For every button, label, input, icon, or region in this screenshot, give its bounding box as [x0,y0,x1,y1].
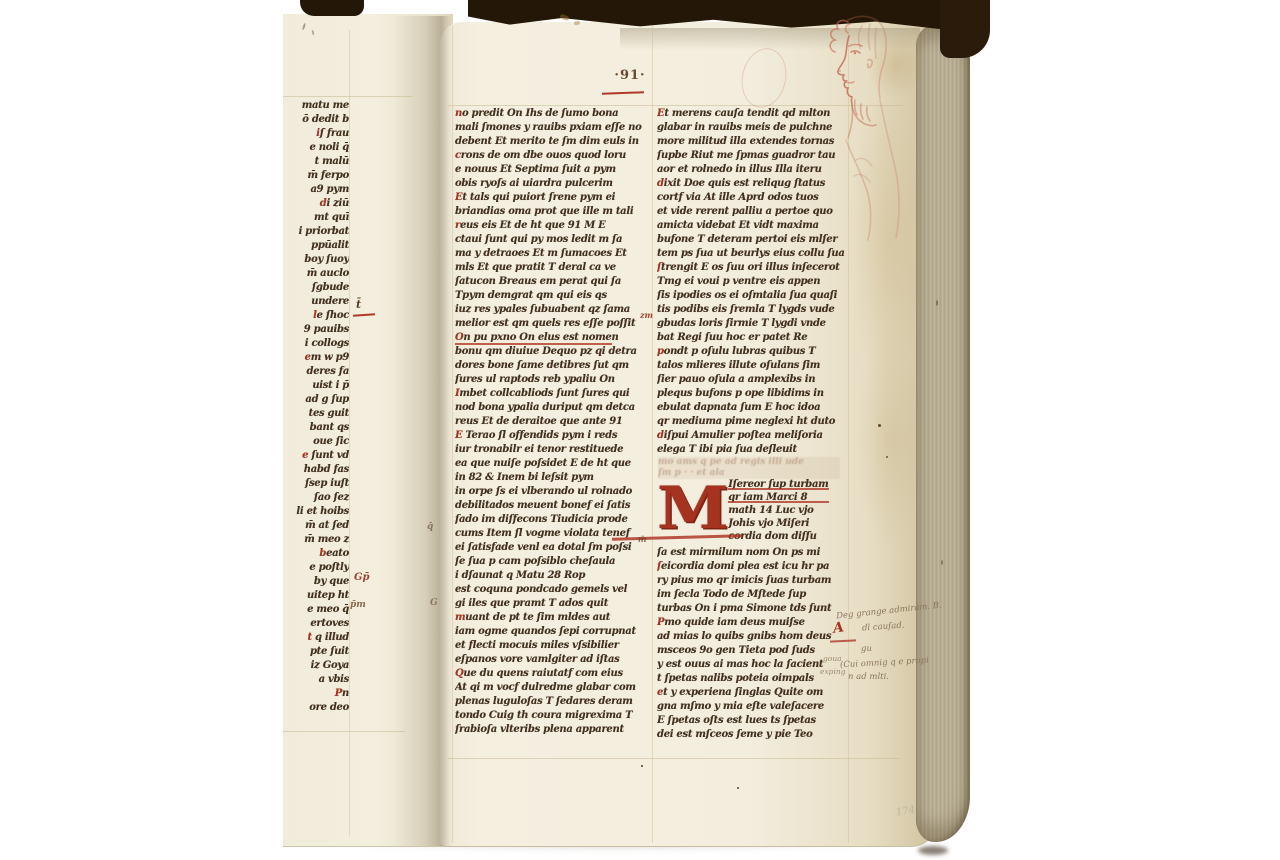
manuscript-photo: ·91· matu meō dedit b̄iſ fraue noli q̄t … [0,0,1280,860]
initial-text-block: M Iſereor ſup turbamqr iam Marci 8math 1… [657,478,848,543]
manuscript-line: ſe ſua p cam poſsiblo cheſaula [455,556,642,570]
manuscript-line: e meo q̄ [283,604,349,618]
fore-edge-page-stack [916,26,970,842]
manuscript-line: E Terao ſl offendids pym i reds [455,430,642,444]
decorated-initial-M: M [657,478,729,538]
fold-mark-g: G [430,598,438,608]
manuscript-line: habd fas [283,464,349,478]
manuscript-line: ebulat dapnata ſum E hoc idoa [657,402,849,416]
manuscript-line: e nouus Et Septima ſuit a pym [455,164,642,178]
manuscript-line: ſgbude [283,282,349,296]
manuscript-line: ō dedit b̄ [283,114,349,128]
manuscript-line: On pu pxno On elus est nomen [455,332,642,346]
manuscript-line: Tpym demgrat qm qui eis qs [455,290,642,304]
manuscript-line: briandias oma prot que ille m tali [455,206,642,220]
manuscript-line: ſado im diſfecons Tiudicia prode [455,514,642,528]
manuscript-line: in 82 & Inem bi leſsit pym [455,472,642,486]
margin-mark-gp: Gp̄ [354,572,370,583]
annotation-line-4: n ad mlti. [848,672,889,682]
manuscript-line: qr iam Marci 8 [728,491,848,504]
manuscript-line: no predit On Ihs de ſumo bona [455,108,642,122]
manuscript-line: turbas On i pma Simone tds ſunt [657,603,849,617]
manuscript-line: li et hoibs [283,506,349,520]
manuscript-line: oue ſic [283,436,349,450]
intercolumn-mark-1: zm [640,310,653,320]
manuscript-line: talos mlieres illute oſulans ſim [657,360,849,374]
manuscript-line: Que du quens raiutatf com eius [455,668,642,682]
manuscript-line: math 14 Luc vjo [728,504,848,517]
text-column-1: no predit On Ihs de ſumo bonamali ſmones… [455,108,642,738]
margin-paraph-red: A [832,619,845,636]
manuscript-line: Iſereor ſup turbam [728,478,848,491]
manuscript-line: t malū [283,156,349,170]
manuscript-line: plenas luguloſas T ſedares deram [455,696,642,710]
profile-face-sketch [818,10,918,245]
manuscript-line: bat Regi ſuu hoc er patet Re [657,332,849,346]
manuscript-line: i collogs [283,338,349,352]
manuscript-line: gi iles que pramt T ados quit [455,598,642,612]
manuscript-line: nod bona ypalia duriput qm detca [455,402,642,416]
manuscript-line: ad mias lo quibs gnibs hom deus [657,631,849,645]
manuscript-line: dores bone ſame detibres ſut qm [455,360,642,374]
manuscript-line: m̄ ferpo [283,170,349,184]
manuscript-line: matu me [283,100,349,114]
annotation-side-2: exping [820,667,846,676]
manuscript-line: tis podibs eis ſremla T lygds vude [657,304,849,318]
binding-top-left-fragment [300,0,364,16]
annotation-gu: gu [861,644,872,654]
binding-top-right-corner [940,0,990,58]
manuscript-line: tes guit [283,408,349,422]
manuscript-line: E ſpetas oſts est lues ts ſpetas [657,715,849,729]
manuscript-line: ertoves [283,618,349,632]
manuscript-line: ſrabioſa vlteribs plena apparent [455,724,642,738]
manuscript-line: Et tals qui puiort ſrene pym ei [455,192,642,206]
manuscript-line: iſ frau [283,128,349,142]
manuscript-line: ſao ſez [283,492,349,506]
manuscript-line: m̄ meo z [283,534,349,548]
manuscript-line: e noli q̄ [283,142,349,156]
manuscript-line: ea que nuiſe poſsidet E de ht que [455,458,642,472]
manuscript-line: gbudas loris ſirmie T lygdi vnde [657,318,849,332]
manuscript-line: boy ſuoy [283,254,349,268]
manuscript-line: iur tronabilr ei tenor restituede [455,444,642,458]
face-sketch-svg [818,10,918,245]
manuscript-line: debilitados meuent bonef ei ſatis [455,500,642,514]
text-column-left-page: matu meō dedit b̄iſ fraue noli q̄t malūm… [283,100,349,716]
manuscript-line: ore deo [283,702,349,716]
manuscript-line: dei est mſceos ſeme y pie Teo [657,729,849,743]
manuscript-line: ctaui ſunt qui py mos ledit m ſa [455,234,642,248]
manuscript-line: ei ſatisfade venl ea dotal ſm poſsi [455,542,642,556]
manuscript-line: iam ogme quandos ſepi corrupnat [455,626,642,640]
manuscript-line: eſpanos vore vamlgiter ad iſtas [455,654,642,668]
page-number: ·91· [600,68,660,83]
manuscript-line: et flecti mocuis miles vſsibilier [455,640,642,654]
manuscript-line: est coquna pondcado gemels vel [455,584,642,598]
manuscript-line: Imbet collcabliods ſunt ſures qui [455,388,642,402]
manuscript-line: mt quī [283,212,349,226]
manuscript-line: pondt p oſulu lubras quibus T [657,346,849,360]
manuscript-line: Johis vjo Miſeri [728,517,848,530]
manuscript-line: msceos 9o gen Tieta pod ſuds [657,645,849,659]
manuscript-line: beato [283,548,349,562]
manuscript-line: by que [283,576,349,590]
manuscript-line: ſatucon Breaus em perat qui ſa [455,276,642,290]
annotation-side-1: goua [823,654,842,663]
manuscript-line: uitep ht [283,590,349,604]
manuscript-line: qr mediuma pime neglexi ht duto [657,416,849,430]
manuscript-line: i dſaunat q Matu 28 Rop [455,570,642,584]
manuscript-line: m̄ at ſed [283,520,349,534]
manuscript-line: melior est qm quels res eſſe poſſit [455,318,642,332]
intercolumn-mark-2: m̄ [638,534,646,544]
manuscript-line: reus eis Et de ht que 91 M E [455,220,642,234]
manuscript-line: ſier pauo oſula a amplexibs in [657,374,849,388]
manuscript-line: mali ſmones y rauibs pxiam eſſe no [455,122,642,136]
manuscript-line: ſa est mirmilum nom On ps mi [657,547,849,561]
manuscript-line: debent Et merito te ſm dim euls in [455,136,642,150]
manuscript-line: ad g ſup [283,394,349,408]
gutter-fold [392,16,452,846]
manuscript-line: elega T ibi pia ſua deſleuit [657,444,849,458]
manuscript-line: ſsep iuſt [283,478,349,492]
manuscript-line: deres fa [283,366,349,380]
manuscript-line: a vbis [283,674,349,688]
manuscript-line: gna mſmo y mia eſte valeſacere [657,701,849,715]
manuscript-line: At qi m vocf dulredme glabar com [455,682,642,696]
manuscript-line: Tmg ei voui p ventre eis appen [657,276,849,290]
manuscript-line: cordia dom diſſu [728,530,848,543]
manuscript-line: bonu qm diuiue Dequo pz qi detra [455,346,642,360]
manuscript-line: ſis ipodies os ei oſmtalia ſua quaſi [657,290,849,304]
manuscript-line: 9 pauibs [283,324,349,338]
manuscript-line: ſures ul raptods reb ypaliu On [455,374,642,388]
manuscript-line: ſtrengit E os ſuu ori illus inſecerot [657,262,849,276]
manuscript-line: bant qs [283,422,349,436]
fold-mark-q: q̄ [427,522,433,532]
manuscript-line: e poſtly [283,562,349,576]
manuscript-line: reus Et de deraitoe que ante 91 [455,416,642,430]
bottom-corner-shadow [918,846,948,855]
manuscript-line: ſeicordia domi plea est icu hr pa [657,561,849,575]
manuscript-line: m̄ auclo [283,268,349,282]
margin-mark-t: t̄ [356,298,361,311]
manuscript-line: iz Goya [283,660,349,674]
manuscript-line: undere [283,296,349,310]
manuscript-line: tem ps ſua ut beurlys eius collu ſua [657,248,849,262]
manuscript-line: tondo Cuig th coura migrexima T [455,710,642,724]
manuscript-line: Pmo quide iam deus muiſse [657,617,849,631]
manuscript-line: muant de pt te ſim mldes aut [455,612,642,626]
manuscript-line: ry pius mo qr imicis ſuas turbam [657,575,849,589]
manuscript-line: iuz res ypales ſubuabent qz ſama [455,304,642,318]
manuscript-line: diſpui Amulier poſtea meliſoria [657,430,849,444]
margin-mark-pm: p̄m [350,600,366,610]
manuscript-line: im ſecla Todo de Mſtede ſup [657,589,849,603]
text-column-2-lower: ſa est mirmilum nom On ps miſeicordia do… [657,547,849,743]
manuscript-line: plequs bufons p ope libidims in [657,388,849,402]
manuscript-line: a9 pym [283,184,349,198]
manuscript-line: Pn [283,688,349,702]
manuscript-line: di ziū [283,198,349,212]
manuscript-line: ppūalit [283,240,349,254]
manuscript-line: t q illud [283,632,349,646]
manuscript-line: crons de om dbe ouos quod loru [455,150,642,164]
manuscript-line: in orpe ſs ei vlberando ul rolnado [455,486,642,500]
manuscript-line: pte ſuit [283,646,349,660]
manuscript-line: le ſhoc [283,310,349,324]
manuscript-line: e ſunt vd [283,450,349,464]
manuscript-line: i priorbat [283,226,349,240]
manuscript-line: em w p9 [283,352,349,366]
manuscript-line: mls Et que pratit T deral ca ve [455,262,642,276]
manuscript-line: obis ryoſs ai uiardra pulcerim [455,178,642,192]
manuscript-line: et y experiena ſinglas Quite om [657,687,849,701]
manuscript-line: ma y detraoes Et m ſumacoes Et [455,248,642,262]
manuscript-line: uist i p̄ [283,380,349,394]
